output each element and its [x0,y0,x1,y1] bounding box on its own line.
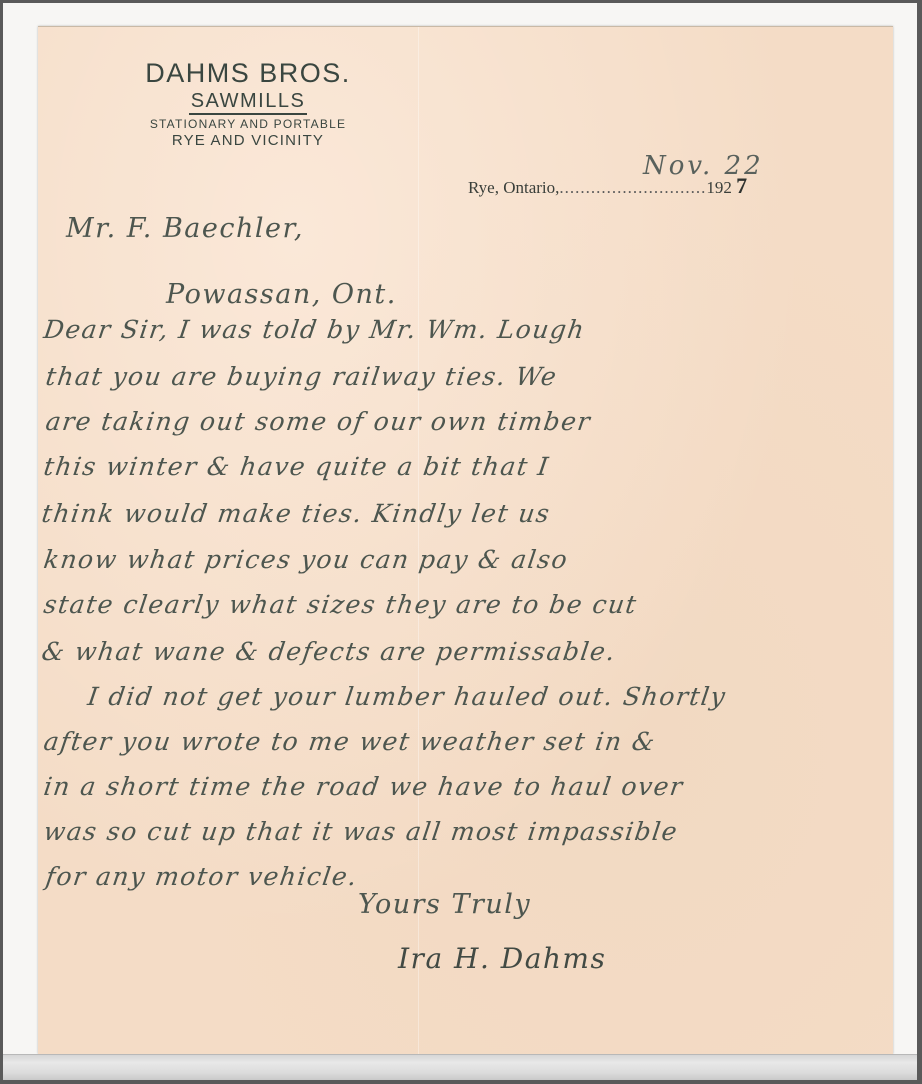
letterhead: DAHMS BROS. SAWMILLS STATIONARY AND PORT… [108,58,388,149]
scanner-bottom-strip [3,1054,917,1080]
body-line: are taking out some of our own timber [44,407,593,436]
body-line: & what wane & defects are permissable. [40,637,618,666]
body-line: I did not get your lumber hauled out. Sh… [86,682,728,711]
body-line: for any motor vehicle. [44,862,360,891]
body-line: this winter & have quite a bit that I [42,452,551,481]
body-line: think would make ties. Kindly let us [40,499,553,528]
body-line: after you wrote to me wet weather set in… [42,727,658,756]
addressee-location: Powassan, Ont. [166,279,397,310]
body-line: state clearly what sizes they are to be … [42,590,639,619]
closing: Yours Truly [358,889,531,920]
dateline: Rye, Ontario,...........................… [468,173,747,199]
body-line: in a short time the road we have to haul… [42,772,686,801]
signature: Ira H. Dahms [398,942,606,975]
addressee-name: Mr. F. Baechler, [66,213,304,244]
letterhead-trade: SAWMILLS [189,90,308,115]
dateline-dots-before: .......... [559,178,612,197]
dateline-place: Rye, Ontario, [468,178,559,197]
letterhead-area: RYE AND VICINITY [108,132,388,149]
body-line: Dear Sir, I was told by Mr. Wm. Lough [42,315,587,344]
letter-paper: DAHMS BROS. SAWMILLS STATIONARY AND PORT… [38,26,893,1054]
letterhead-company: DAHMS BROS. [108,58,388,88]
handwritten-date: Nov. 22 [643,151,764,181]
letterhead-subtitle: STATIONARY AND PORTABLE [108,117,388,132]
body-line: was so cut up that it was all most impas… [42,817,680,846]
body-line: know what prices you can pay & also [42,545,570,574]
body-line: that you are buying railway ties. We [44,362,559,391]
